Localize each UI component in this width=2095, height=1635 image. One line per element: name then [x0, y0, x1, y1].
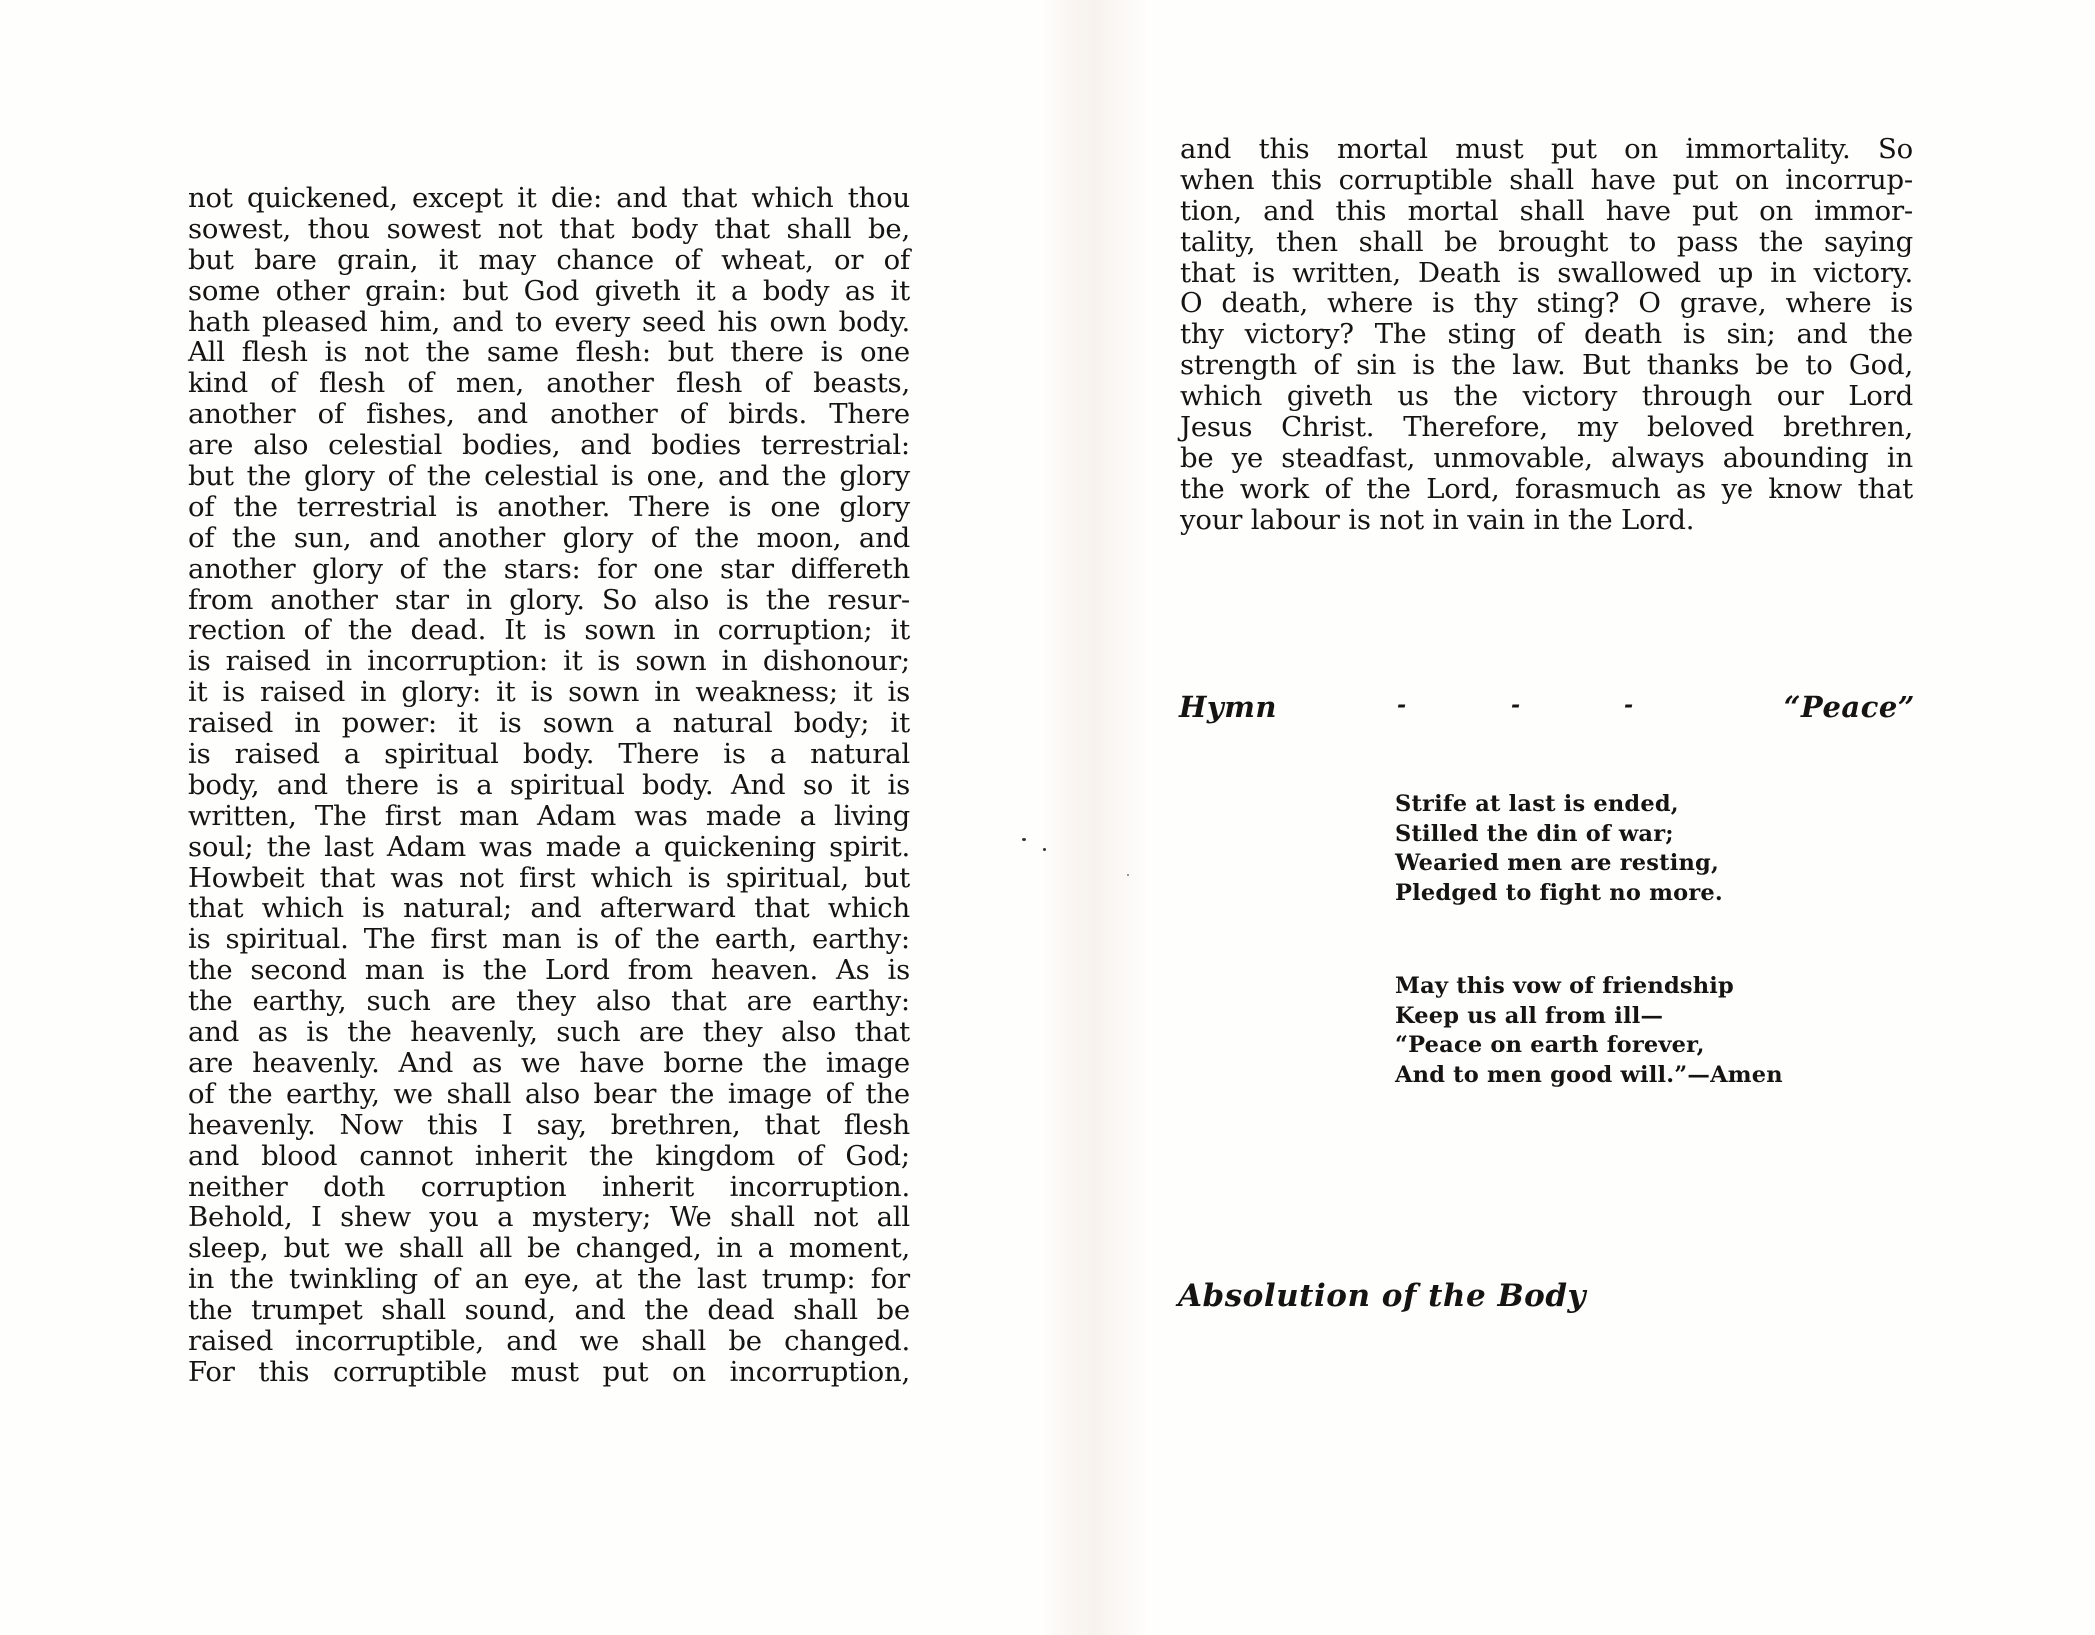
text-line: is raised a spiritual body. There is a n…: [188, 739, 910, 770]
text-line: and as is the heavenly, such are they al…: [188, 1017, 910, 1048]
text-line: Jesus Christ. Therefore, my beloved bret…: [1180, 412, 1913, 443]
text-line: not quickened, except it die: and that w…: [188, 183, 910, 214]
hymn-verse-2: May this vow of friendship Keep us all f…: [1395, 972, 1783, 1090]
text-line: tion, and this mortal shall have put on …: [1180, 196, 1913, 227]
text-line: hath pleased him, and to every seed his …: [188, 307, 910, 338]
text-line: be ye steadfast, unmovable, always aboun…: [1180, 443, 1913, 474]
leader-dash: -: [1624, 692, 1634, 718]
text-line: it is raised in glory: it is sown in wea…: [188, 677, 910, 708]
text-line: of the earthy, we shall also bear the im…: [188, 1079, 910, 1110]
hymn-title: “Peace”: [1784, 690, 1915, 724]
text-line: written, The first man Adam was made a l…: [188, 801, 910, 832]
verse-line: Stilled the din of war;: [1395, 820, 1723, 850]
text-line: the second man is the Lord from heaven. …: [188, 955, 910, 986]
text-line: heavenly. Now this I say, brethren, that…: [188, 1110, 910, 1141]
section-heading-absolution: Absolution of the Body: [1178, 1278, 1586, 1314]
text-line: that is written, Death is swallowed up i…: [1180, 258, 1913, 289]
hymn-verse-1: Strife at last is ended, Stilled the din…: [1395, 790, 1723, 908]
leader-dash: -: [1511, 692, 1521, 718]
verse-line: And to men good will.”—Amen: [1395, 1061, 1783, 1091]
text-line: which giveth us the victory through our …: [1180, 381, 1913, 412]
text-line: of the terrestrial is another. There is …: [188, 492, 910, 523]
scripture-text-right: and this mortal must put on immortality.…: [1180, 134, 1913, 536]
text-line: of the sun, and another glory of the moo…: [188, 523, 910, 554]
text-line: another of fishes, and another of birds.…: [188, 399, 910, 430]
verse-line: “Peace on earth forever,: [1395, 1031, 1783, 1061]
left-page: not quickened, except it die: and that w…: [0, 0, 1045, 1635]
verse-line: Wearied men are resting,: [1395, 849, 1723, 879]
text-line: strength of sin is the law. But thanks b…: [1180, 350, 1913, 381]
text-line: but bare grain, it may chance of wheat, …: [188, 245, 910, 276]
text-line: All flesh is not the same flesh: but the…: [188, 337, 910, 368]
text-line: raised in power: it is sown a natural bo…: [188, 708, 910, 739]
text-line: when this corruptible shall have put on …: [1180, 165, 1913, 196]
scan-speck: [1022, 838, 1026, 841]
text-line: but the glory of the celestial is one, a…: [188, 461, 910, 492]
text-line: For this corruptible must put on incorru…: [188, 1357, 910, 1388]
verse-line: May this vow of friendship: [1395, 972, 1783, 1002]
verse-line: Strife at last is ended,: [1395, 790, 1723, 820]
text-line: are heavenly. And as we have borne the i…: [188, 1048, 910, 1079]
text-line: and this mortal must put on immortality.…: [1180, 134, 1913, 165]
text-line: neither doth corruption inherit incorrup…: [188, 1172, 910, 1203]
hymn-label: Hymn: [1179, 690, 1277, 724]
text-line: body, and there is a spiritual body. And…: [188, 770, 910, 801]
text-line: in the twinkling of an eye, at the last …: [188, 1264, 910, 1295]
text-line: rection of the dead. It is sown in corru…: [188, 615, 910, 646]
verse-line: Pledged to fight no more.: [1395, 879, 1723, 909]
book-spread: not quickened, except it die: and that w…: [0, 0, 2095, 1635]
text-line: another glory of the stars: for one star…: [188, 554, 910, 585]
text-line: tality, then shall be brought to pass th…: [1180, 227, 1913, 258]
scan-speck: [1043, 848, 1046, 851]
text-line: the earthy, such are they also that are …: [188, 986, 910, 1017]
text-line: Howbeit that was not first which is spir…: [188, 863, 910, 894]
text-line: that which is natural; and afterward tha…: [188, 893, 910, 924]
text-line: the trumpet shall sound, and the dead sh…: [188, 1295, 910, 1326]
hymn-heading: Hymn - - - “Peace”: [1179, 690, 1915, 730]
scripture-text-left: not quickened, except it die: and that w…: [188, 183, 910, 1388]
text-line: are also celestial bodies, and bodies te…: [188, 430, 910, 461]
text-line: and blood cannot inherit the kingdom of …: [188, 1141, 910, 1172]
verse-line: Keep us all from ill—: [1395, 1002, 1783, 1032]
text-line: kind of flesh of men, another flesh of b…: [188, 368, 910, 399]
leader-dash: -: [1397, 692, 1407, 718]
text-line: is spiritual. The first man is of the ea…: [188, 924, 910, 955]
text-line: some other grain: but God giveth it a bo…: [188, 276, 910, 307]
text-line: raised incorruptible, and we shall be ch…: [188, 1326, 910, 1357]
text-line: your labour is not in vain in the Lord.: [1180, 505, 1913, 536]
text-line: soul; the last Adam was made a quickenin…: [188, 832, 910, 863]
text-line: Behold, I shew you a mystery; We shall n…: [188, 1202, 910, 1233]
text-line: is raised in incorruption: it is sown in…: [188, 646, 910, 677]
scan-speck: [1127, 874, 1129, 876]
right-page: and this mortal must put on immortality.…: [1045, 0, 2095, 1635]
text-line: the work of the Lord, forasmuch as ye kn…: [1180, 474, 1913, 505]
text-line: sowest, thou sowest not that body that s…: [188, 214, 910, 245]
text-line: thy victory? The sting of death is sin; …: [1180, 319, 1913, 350]
text-line: O death, where is thy sting? O grave, wh…: [1180, 288, 1913, 319]
text-line: from another star in glory. So also is t…: [188, 585, 910, 616]
text-line: sleep, but we shall all be changed, in a…: [188, 1233, 910, 1264]
